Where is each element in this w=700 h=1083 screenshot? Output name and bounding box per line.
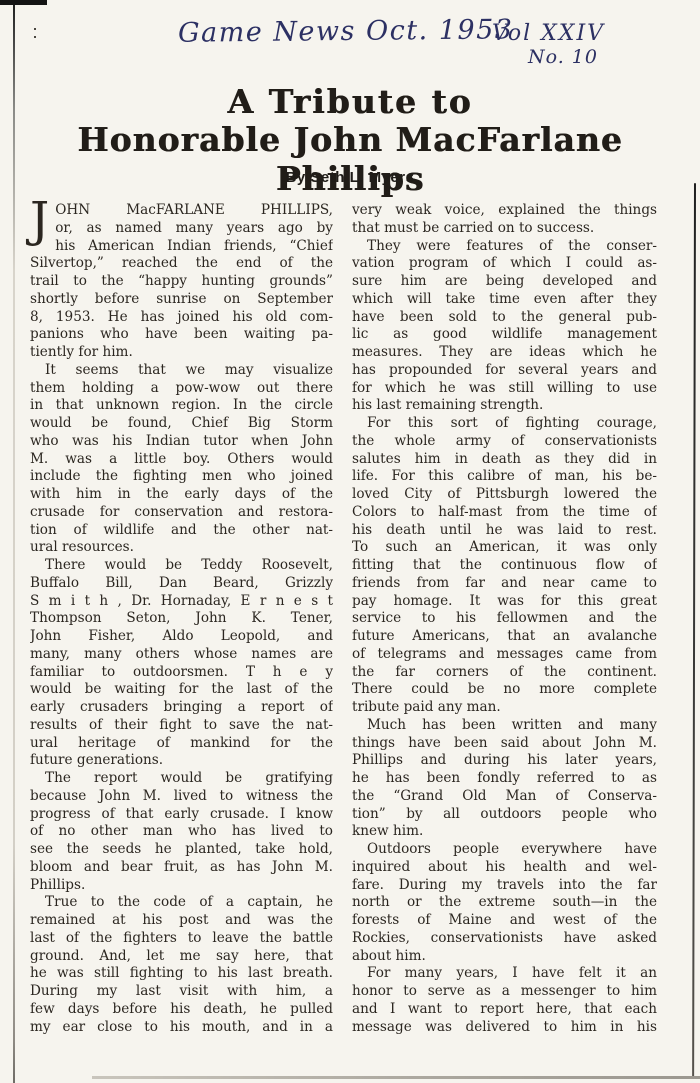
text-line: S m i t h , Dr. Hornaday, E r n e s t [30, 593, 333, 611]
text-line: which will take time even after they [352, 291, 657, 309]
text-line: future generations. [30, 752, 333, 770]
text-line: things have been said about John M. [352, 735, 657, 753]
text-line: 8, 1953. He has joined his old com- [30, 309, 333, 327]
handwritten-volume-note: Vol XXIV [492, 21, 605, 46]
scan-artifact-colon-mark [34, 28, 36, 30]
text-line: It seems that we may visualize [30, 362, 333, 380]
text-line: Phillips. [30, 877, 333, 895]
text-line: them holding a pow-wow out there [30, 380, 333, 398]
text-line: knew him. [352, 823, 657, 841]
paragraph: For many years, I have felt it anhonor t… [352, 965, 657, 1036]
paragraph: very weak voice, explained the thingstha… [352, 202, 657, 238]
text-line: familiar to outdoorsmen. T h e y [30, 664, 333, 682]
text-line: few days before his death, he pulled [30, 1001, 333, 1019]
text-line: service to his fellowmen and the [352, 610, 657, 628]
text-line: remained at his post and was the [30, 912, 333, 930]
paragraph: Outdoors people everywhere haveinquired … [352, 841, 657, 965]
text-line: he was still fighting to his last breath… [30, 965, 333, 983]
paragraph: True to the code of a captain, heremaine… [30, 894, 333, 1036]
text-line: inquired about his health and wel- [352, 859, 657, 877]
text-line: lic as good wildlife management [352, 326, 657, 344]
paragraph: It seems that we may visualizethem holdi… [30, 362, 333, 557]
text-line: They were features of the conser- [352, 238, 657, 256]
text-line: pay homage. It was for this great [352, 593, 657, 611]
handwritten-issue-note: No. 10 [528, 46, 598, 68]
text-line: the far corners of the continent. [352, 664, 657, 682]
text-line: fitting that the continuous flow of [352, 557, 657, 575]
text-line: ural resources. [30, 539, 333, 557]
paragraph: JOHN MacFARLANE PHILLIPS,or, as named ma… [30, 202, 333, 362]
text-line: John Fisher, Aldo Leopold, and [30, 628, 333, 646]
text-line: who was his Indian tutor when John [30, 433, 333, 451]
text-line: his last remaining strength. [352, 397, 657, 415]
text-line: last of the fighters to leave the battle [30, 930, 333, 948]
text-line: ural heritage of mankind for the [30, 735, 333, 753]
text-line: have been sold to the general pub- [352, 309, 657, 327]
scan-artifact-bottom-bar [92, 1076, 700, 1079]
text-line: For this sort of fighting courage, [352, 415, 657, 433]
text-line: would be found, Chief Big Storm [30, 415, 333, 433]
text-line: Silvertop,” reached the end of the [30, 255, 333, 273]
text-line: the whole army of conservationists [352, 433, 657, 451]
left-column: JOHN MacFARLANE PHILLIPS,or, as named ma… [30, 202, 333, 1036]
text-line: in that unknown region. In the circle [30, 397, 333, 415]
text-line: results of their fight to save the nat- [30, 717, 333, 735]
handwritten-publication-note: Game News Oct. 1953 [178, 14, 514, 49]
article-title-line-1: A Tribute to [0, 82, 700, 121]
text-line: see the seeds he planted, take hold, [30, 841, 333, 859]
drop-cap: J [30, 203, 49, 240]
text-line: life. For this calibre of man, his be- [352, 468, 657, 486]
text-line: trail to the “happy hunting grounds” [30, 273, 333, 291]
text-line: include the fighting men who joined [30, 468, 333, 486]
text-line: honor to serve as a messenger to him [352, 983, 657, 1001]
scanned-magazine-page: Game News Oct. 1953 Vol XXIV No. 10 A Tr… [0, 0, 700, 1083]
text-line: about him. [352, 948, 657, 966]
paragraph: For this sort of fighting courage,the wh… [352, 415, 657, 717]
text-line: fare. During my travels into the far [352, 877, 657, 895]
text-line: would be waiting for the last of the [30, 681, 333, 699]
text-line: progress of that early crusade. I know [30, 806, 333, 824]
text-line: There could be no more complete [352, 681, 657, 699]
text-line: early crusaders bringing a report of [30, 699, 333, 717]
text-line: or, as named many years ago by [55, 220, 333, 238]
text-line: loved City of Pittsburgh lowered the [352, 486, 657, 504]
text-line: with him in the early days of the [30, 486, 333, 504]
text-line: friends from far and near came to [352, 575, 657, 593]
text-line: crusade for conservation and restora- [30, 504, 333, 522]
text-line: his American Indian friends, “Chief [55, 238, 333, 256]
text-line: for which he was still willing to use [352, 380, 657, 398]
paragraph: There would be Teddy Roosevelt,Buffalo B… [30, 557, 333, 770]
text-line: very weak voice, explained the things [352, 202, 657, 220]
text-line: and I want to report here, that each [352, 1001, 657, 1019]
text-line: forests of Maine and west of the [352, 912, 657, 930]
text-line: because John M. lived to witness the [30, 788, 333, 806]
text-line: of telegrams and messages came from [352, 646, 657, 664]
text-line: sure him are being developed and [352, 273, 657, 291]
scan-artifact-right-edge-line [692, 183, 696, 1078]
text-line: Colors to half-mast from the time of [352, 504, 657, 522]
scan-artifact-top-left-bar [0, 0, 47, 5]
text-line: For many years, I have felt it an [352, 965, 657, 983]
text-line: his death until he was laid to rest. [352, 522, 657, 540]
article-title-line-2: Honorable John MacFarlane Phillips [0, 120, 700, 198]
text-line: bloom and bear fruit, as has John M. [30, 859, 333, 877]
text-line: many, many others whose names are [30, 646, 333, 664]
text-line: north or the extreme south—in the [352, 894, 657, 912]
text-line: Outdoors people everywhere have [352, 841, 657, 859]
text-line: The report would be gratifying [30, 770, 333, 788]
paragraph: They were features of the conser-vation … [352, 238, 657, 416]
text-line: future Americans, that an avalanche [352, 628, 657, 646]
text-line: shortly before sunrise on September [30, 291, 333, 309]
text-line: M. was a little boy. Others would [30, 451, 333, 469]
text-line: Thompson Seton, John K. Tener, [30, 610, 333, 628]
text-line: my ear close to his mouth, and in a [30, 1019, 333, 1037]
right-column: very weak voice, explained the thingstha… [352, 202, 657, 1036]
text-line: tribute paid any man. [352, 699, 657, 717]
paragraph: Much has been written and manythings hav… [352, 717, 657, 841]
text-line: of no other man who has lived to [30, 823, 333, 841]
text-line: ground. And, let me say here, that [30, 948, 333, 966]
paragraph: The report would be gratifyingbecause Jo… [30, 770, 333, 894]
text-line: Rockies, conservationists have asked [352, 930, 657, 948]
text-line: panions who have been waiting pa- [30, 326, 333, 344]
text-line: salutes him in death as they did in [352, 451, 657, 469]
text-line: During my last visit with him, a [30, 983, 333, 1001]
text-line: message was delivered to him in his [352, 1019, 657, 1037]
text-line: measures. They are ideas which he [352, 344, 657, 362]
text-line: has propounded for several years and [352, 362, 657, 380]
article-byline: By Seth L. Myers [0, 169, 700, 186]
text-line: There would be Teddy Roosevelt, [30, 557, 333, 575]
text-line: Much has been written and many [352, 717, 657, 735]
text-line: Phillips and during his later years, [352, 752, 657, 770]
text-line: Buffalo Bill, Dan Beard, Grizzly [30, 575, 333, 593]
text-line: True to the code of a captain, he [30, 894, 333, 912]
text-line: that must be carried on to success. [352, 220, 657, 238]
text-line: tiently for him. [30, 344, 333, 362]
text-line: tion” by all outdoors people who [352, 806, 657, 824]
text-line: the “Grand Old Man of Conserva- [352, 788, 657, 806]
text-line: vation program of which I could as- [352, 255, 657, 273]
text-line: OHN MacFARLANE PHILLIPS, [55, 202, 333, 220]
text-line: To such an American, it was only [352, 539, 657, 557]
text-line: tion of wildlife and the other nat- [30, 522, 333, 540]
text-line: he has been fondly referred to as [352, 770, 657, 788]
